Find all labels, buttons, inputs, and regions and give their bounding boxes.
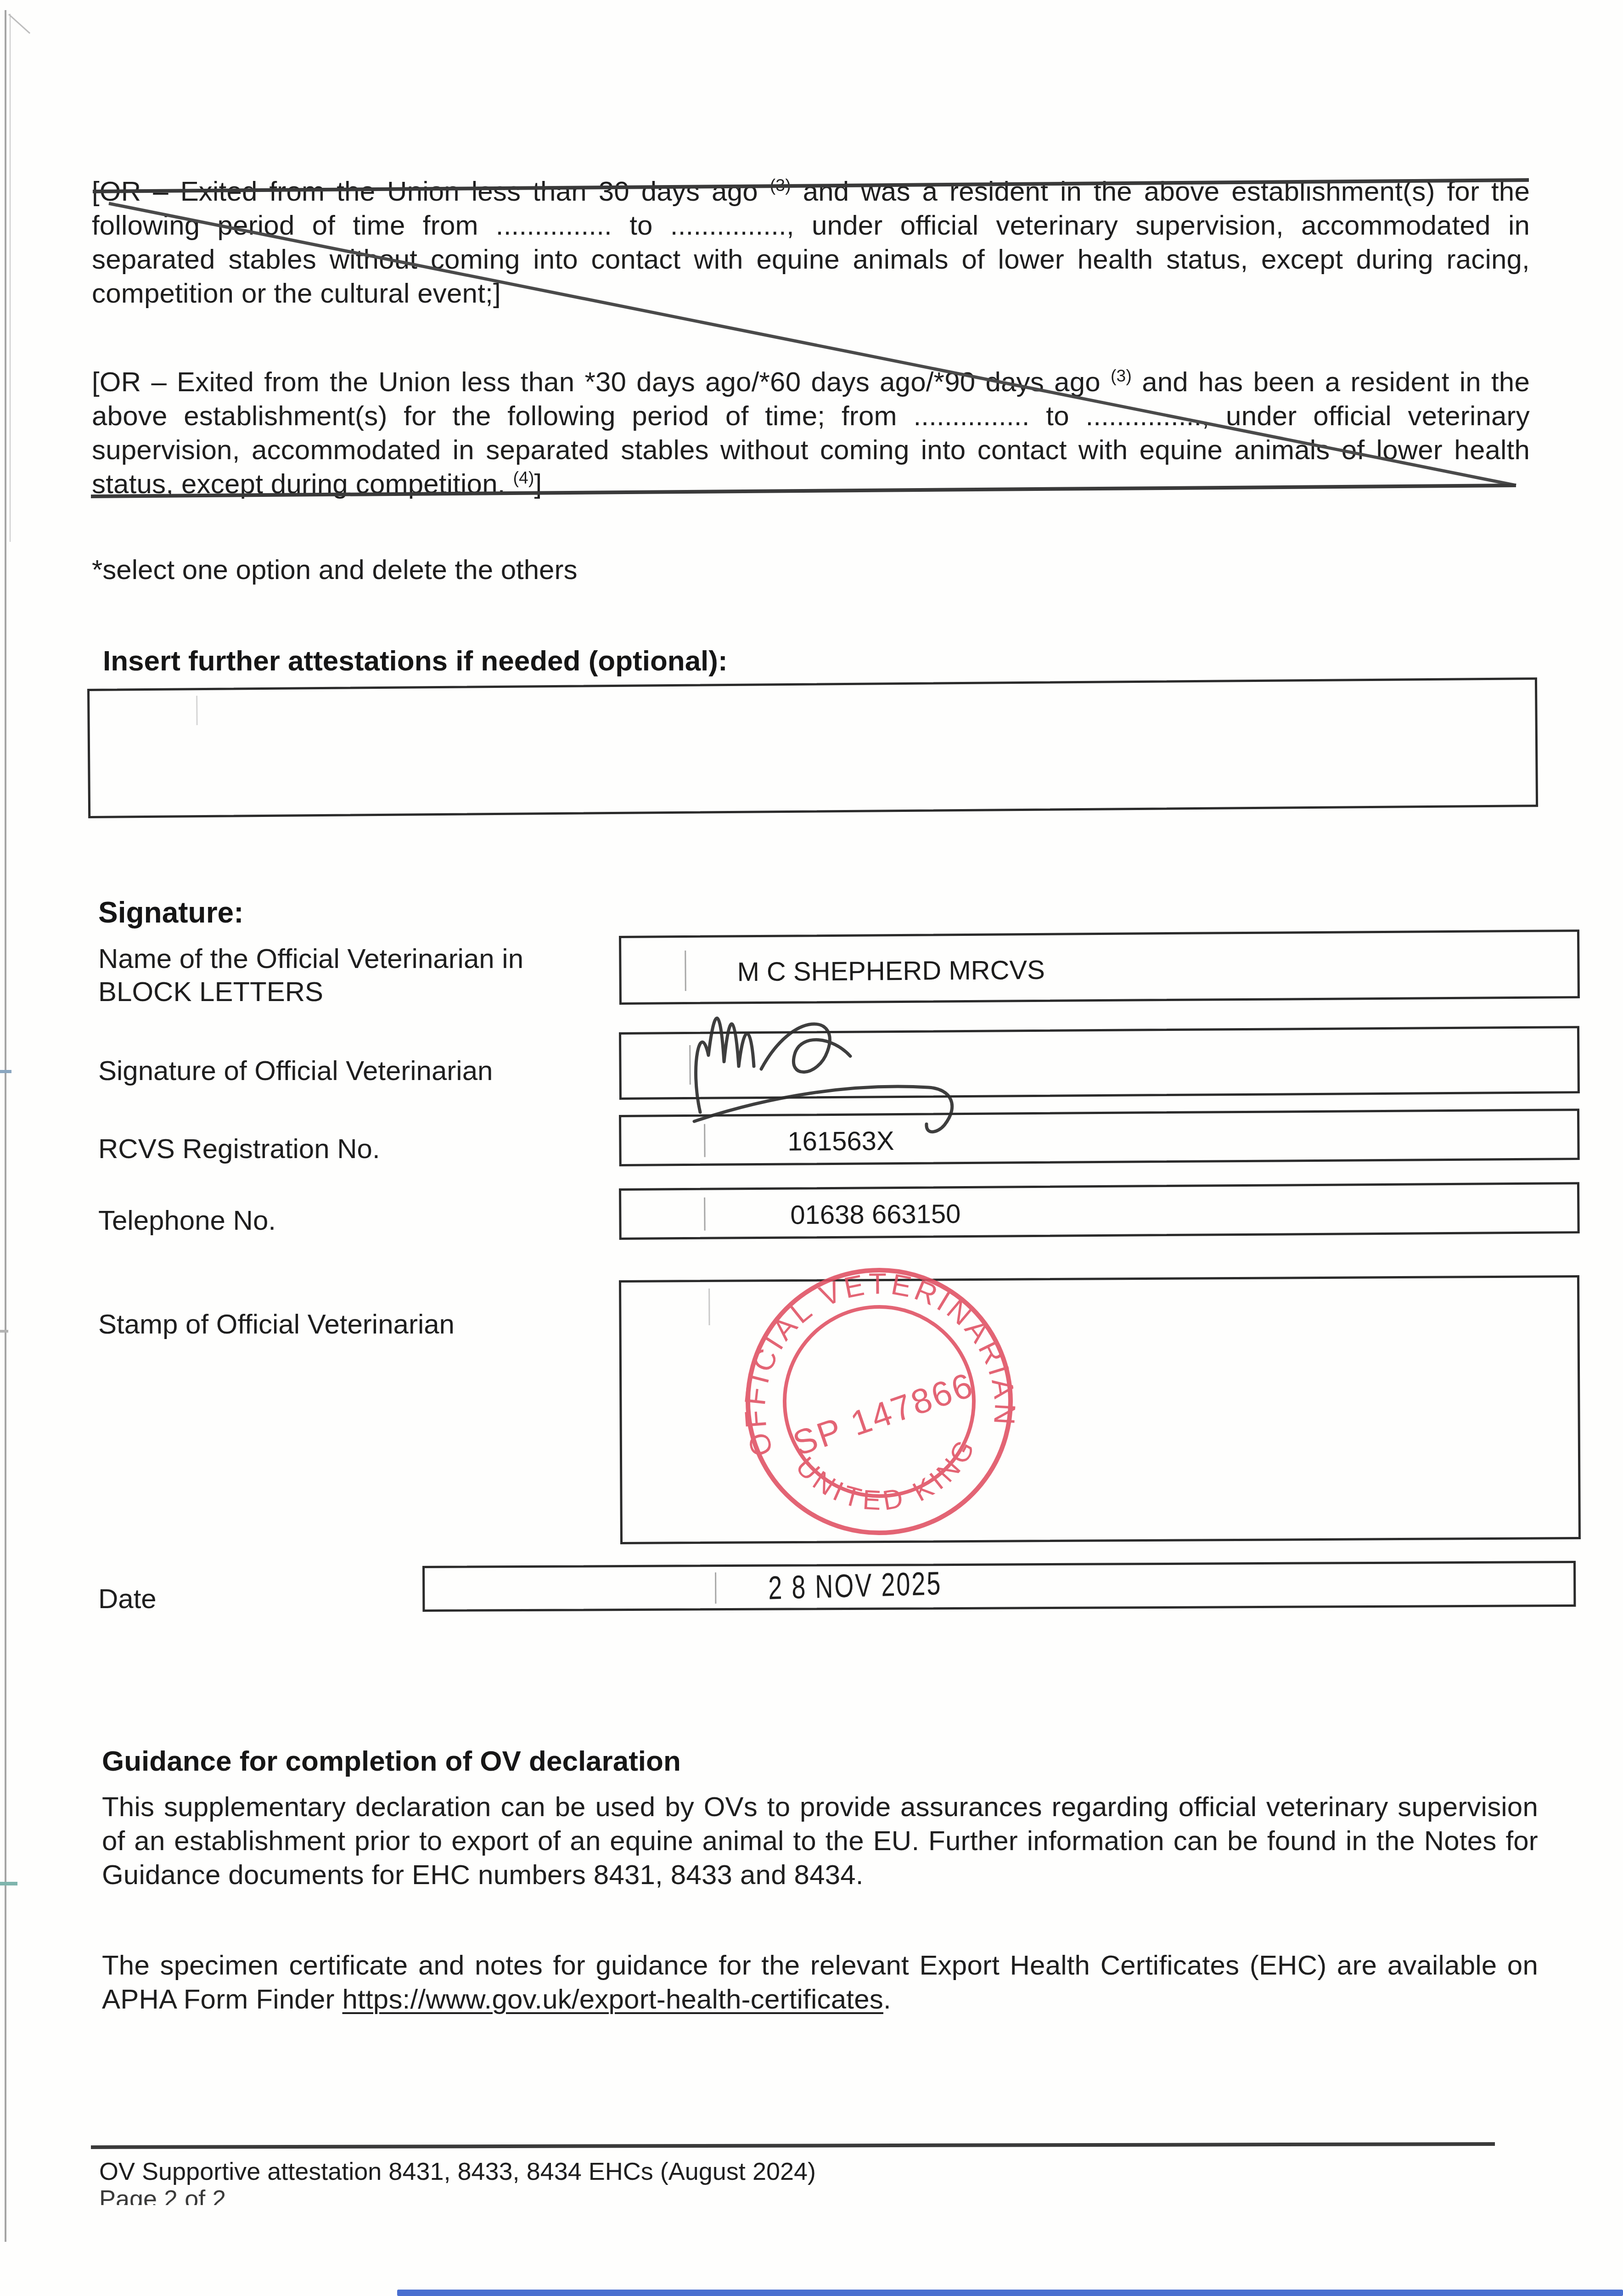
scan-edge-line	[5, 10, 6, 2242]
signature-of-ov-label: Signature of Official Veterinarian	[98, 1054, 649, 1087]
further-attestations-box	[87, 677, 1538, 818]
name-label: Name of the Official Veterinarian in BLO…	[98, 942, 599, 1008]
select-option-note: *select one option and delete the others	[92, 554, 577, 585]
scan-corner-artifact	[8, 14, 30, 34]
attestation-option-2: [OR – Exited from the Union less than *3…	[92, 365, 1530, 501]
scan-bottom-blue-strip	[397, 2290, 1623, 2296]
guidance-paragraph-1: This supplementary declaration can be us…	[102, 1790, 1538, 1892]
telephone-label: Telephone No.	[98, 1204, 603, 1237]
signature-heading: Signature:	[98, 895, 243, 929]
export-health-certificates-link[interactable]: https://www.gov.uk/export-health-certifi…	[343, 1984, 883, 2015]
scan-tick-gray	[0, 1330, 8, 1333]
scanned-document-page: [OR – Exited from the Union less than 30…	[0, 0, 1623, 2296]
further-attestations-heading: Insert further attestations if needed (o…	[103, 645, 728, 677]
stamp-box-divider	[708, 1289, 710, 1325]
official-veterinarian-stamp: OFFICIAL VETERINARIAN UNITED KINGDOM SP …	[737, 1259, 1022, 1544]
telephone-value: 01638 663150	[790, 1199, 960, 1230]
name-box-divider	[685, 951, 686, 991]
handwritten-signature	[657, 992, 1070, 1143]
date-value: 2 8 NOV 2025	[768, 1564, 943, 1607]
name-value: M C SHEPHERD MRCVS	[737, 955, 1045, 987]
footer-rule	[91, 2142, 1495, 2149]
telephone-box: 01638 663150	[619, 1182, 1580, 1240]
guidance-heading: Guidance for completion of OV declaratio…	[102, 1745, 681, 1778]
guidance-paragraph-2: The specimen certificate and notes for g…	[102, 1948, 1538, 2016]
attestation-option-1: [OR – Exited from the Union less than 30…	[92, 174, 1530, 310]
scan-tick-blue	[0, 1070, 11, 1073]
telephone-box-divider	[704, 1198, 705, 1231]
guidance-paragraph-2-post: .	[883, 1984, 891, 2015]
footer-page-number: Page 2 of 2	[99, 2185, 329, 2205]
scan-tick-teal	[0, 1882, 17, 1885]
date-box-divider	[715, 1572, 716, 1604]
stamp-label: Stamp of Official Veterinarian	[98, 1308, 603, 1341]
rcvs-label: RCVS Registration No.	[98, 1132, 603, 1165]
scan-edge-line-2	[10, 14, 11, 542]
date-box: 2 8 NOV 2025	[422, 1561, 1576, 1612]
footer-title: OV Supportive attestation 8431, 8433, 84…	[99, 2157, 816, 2186]
date-label: Date	[98, 1582, 157, 1615]
